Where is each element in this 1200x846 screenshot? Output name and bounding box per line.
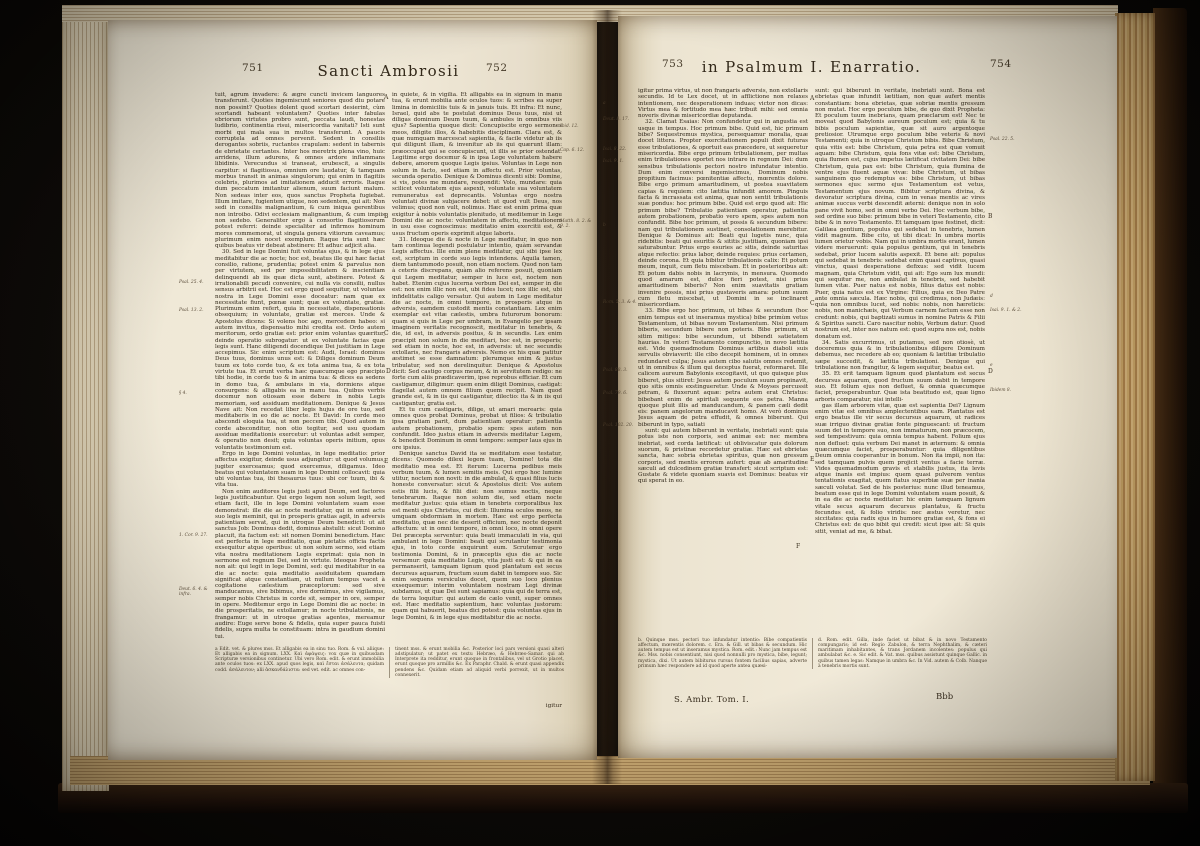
gathering-signature: Bbb — [936, 692, 953, 702]
right-page-header: 753 in Psalmum I. Enarratio. 754 — [618, 58, 1117, 78]
right-page-column-2: sunt: qui biberunt in veritate, inebriat… — [815, 88, 985, 637]
running-title-left: Sancti Ambrosii — [215, 62, 562, 80]
body-paragraph: 34. Satis excurrimus, ut putamus, sed no… — [815, 340, 985, 371]
page-number-752: 752 — [486, 62, 508, 74]
left-page-outer-margin-references: Psal. 25. 4.Psal. 13. 2.§ 4.1. Cor. 9. 2… — [179, 20, 213, 760]
body-paragraph: sunt: qui autem biberunt in veritate, in… — [638, 428, 808, 485]
book-cover-bottom — [58, 783, 1188, 813]
margin-reference: Matth. 8. 2. & 9. 2. — [560, 220, 596, 230]
right-page: 753 in Psalmum I. Enarratio. 754 igitur … — [618, 16, 1117, 758]
margin-reference: Cap. 6. 12. — [560, 149, 596, 154]
fore-edge-right — [1115, 13, 1155, 781]
left-page-inner-margin-references: Ibid. 12.Cap. 6. 12.Matth. 8. 2. & 9. 2. — [560, 20, 596, 760]
margin-reference: 1. Cor. 9. 27. — [179, 534, 213, 539]
body-paragraph: Non enim auditores legis justi apud Deum… — [215, 489, 385, 640]
catchword: igitur — [496, 703, 562, 709]
body-paragraph: Ergo in lege Domini voluntas, in lege me… — [215, 451, 385, 489]
body-paragraph: 32. Clamat Esaias: Non confundetur qui i… — [638, 119, 808, 308]
body-paragraph: 33. Bibe ergo hoc primum, ut bibas & sec… — [638, 308, 808, 428]
body-paragraph: in quiete, & in vigilia. Et alligabis ea… — [392, 92, 562, 237]
body-paragraph: tuit, agrum invadere: & ægre cuncti invi… — [215, 92, 385, 249]
right-page-column-1: igitur prima virtus, ut non frangaris ad… — [638, 88, 808, 637]
margin-reference: e — [990, 364, 1036, 369]
margin-reference: Deut. 6. 4. & infra. — [179, 588, 213, 598]
body-paragraph: Et tu cum castigaris, dilige, ut amari m… — [392, 407, 562, 451]
book-cover-right — [1153, 8, 1187, 802]
margin-reference: Ibid. 12. — [560, 125, 596, 130]
book-photo: 751 Sancti Ambrosii 752 tuit, agrum inva… — [0, 0, 1200, 846]
book-gutter-shadow — [592, 10, 622, 784]
body-paragraph: gas illam arborem vitæ, quæ est sapienti… — [815, 403, 985, 535]
left-page-column-1: tuit, agrum invadere: & ægre cuncti invi… — [215, 92, 385, 641]
column-letter-marker: A — [810, 95, 814, 102]
body-paragraph: 31. Ideoque die & nocte in Lege meditatu… — [392, 237, 562, 407]
column-letter-marker: F — [796, 543, 800, 550]
column-letter-marker: E — [810, 456, 814, 463]
page-edges-left — [62, 5, 109, 791]
margin-reference: § 4. — [179, 392, 213, 397]
column-letter-marker: B — [384, 213, 388, 220]
body-paragraph: igitur prima virtus, ut non frangaris ad… — [638, 88, 808, 119]
column-letter-marker: D — [988, 368, 993, 375]
column-letter-marker: D — [386, 368, 391, 375]
right-page-inner-margin-references: Psal. 22. 5.dIsai. 9. 1. & 2.eIbidem 8. — [990, 16, 1036, 758]
right-page-footnotes: b. Quinque mss. pectori tuo infundatur i… — [638, 638, 987, 669]
column-letter-marker: A — [384, 94, 388, 101]
column-letter-marker: B — [988, 213, 992, 220]
margin-reference: Psal. 22. 5. — [990, 138, 1036, 143]
margin-reference: Isai. 9. 1. & 2. — [990, 309, 1036, 314]
body-paragraph: sunt: qui biberunt in veritate, inebriat… — [815, 88, 985, 340]
column-letter-marker: E — [384, 458, 388, 465]
margin-reference: Ibidem 8. — [990, 389, 1036, 394]
left-page-column-2: in quiete, & in vigilia. Et alligabis ea… — [392, 92, 562, 641]
margin-reference: d — [990, 295, 1036, 300]
volume-signature: S. Ambr. Tom. I. — [674, 695, 749, 705]
column-letter-marker: C — [384, 330, 389, 337]
footnote-column: d. Rom. edit. Gilla, inde faciet ut biba… — [812, 638, 987, 669]
body-paragraph: Denique sanctus David ita se meditatum e… — [392, 451, 562, 621]
left-page-footnotes: a Edit. vet. & plures mss. Et alligabis … — [215, 647, 564, 678]
footnote-column: a Edit. vet. & plures mss. Et alligabis … — [215, 647, 384, 678]
body-paragraph: 35. Et erit tamquam lignum quod plantatu… — [815, 371, 985, 402]
footnote-column: tinent mss. & erunt mobilia &c. Posterio… — [389, 647, 564, 678]
footnote-column: b. Quinque mss. pectori tuo infundatur i… — [638, 638, 807, 669]
left-page: 751 Sancti Ambrosii 752 tuit, agrum inva… — [108, 20, 597, 760]
body-paragraph: 30. Sed in lege Domini fuit voluntas eju… — [215, 249, 385, 451]
margin-reference: Psal. 13. 2. — [179, 309, 213, 314]
running-title-right: in Psalmum I. Enarratio. — [638, 58, 985, 76]
margin-reference: Psal. 25. 4. — [179, 281, 213, 286]
column-letter-marker: C — [810, 300, 815, 307]
